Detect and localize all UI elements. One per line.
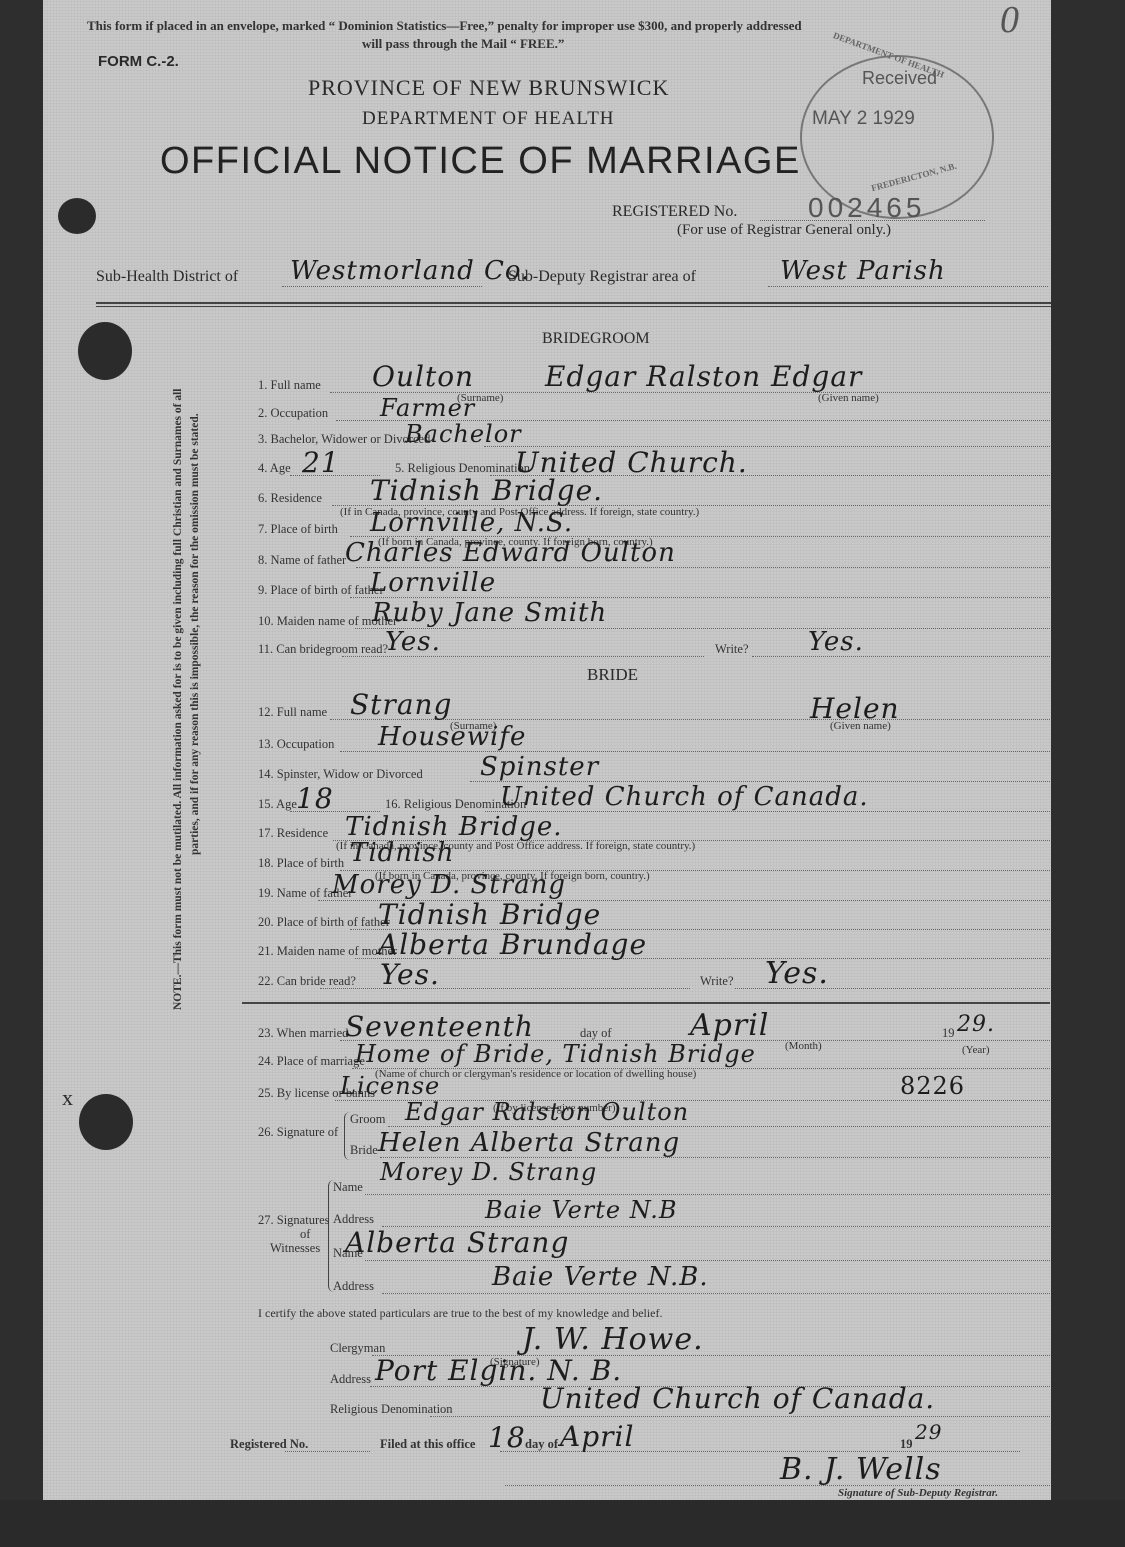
month-caption: (Month) (785, 1040, 822, 1052)
place-of-marriage-label: 24. Place of marriage (258, 1054, 365, 1069)
sub-health-label: Sub-Health District of (96, 268, 238, 286)
sub-health-value: Westmorland Co. (290, 256, 530, 286)
groom-residence: Tidnish Bridge. (370, 474, 603, 507)
bride-signature-label: Bride (350, 1143, 378, 1158)
bride-father: Morey D. Strang (332, 870, 566, 900)
bride-birthplace-label: 18. Place of birth (258, 856, 344, 871)
punch-hole (79, 1094, 133, 1150)
witness-1-address: Baie Verte N.B (485, 1196, 677, 1224)
day-of-label: day of (580, 1026, 612, 1041)
registrar-caption: Signature of Sub-Deputy Registrar. (838, 1487, 998, 1499)
groom-mother: Ruby Jane Smith (372, 598, 607, 628)
side-note-line2: parties, and if for any reason this is i… (187, 389, 204, 1011)
filed-year-prefix: 19 (900, 1437, 913, 1452)
stamp-date: MAY 2 1929 (812, 108, 915, 130)
filed-label: Filed at this office (380, 1437, 475, 1452)
bride-full-name-label: 12. Full name (258, 705, 327, 720)
bride-residence-label: 17. Residence (258, 826, 328, 841)
registrar-signature: B. J. Wells (780, 1452, 942, 1487)
registrar-area-label: Sub-Deputy Registrar area of (508, 268, 696, 286)
groom-read-label: 11. Can bridegroom read? (258, 642, 388, 657)
clergyman-denomination: United Church of Canada. (540, 1382, 935, 1415)
punch-hole (58, 198, 96, 234)
groom-residence-label: 6. Residence (258, 491, 322, 506)
witnesses-label-3: Witnesses (270, 1241, 320, 1256)
groom-father-label: 8. Name of father (258, 553, 346, 568)
groom-father-birthplace: Lornville (370, 568, 496, 598)
province-heading: PROVINCE OF NEW BRUNSWICK (308, 75, 669, 101)
groom-age-label: 4. Age (258, 461, 291, 476)
groom-surname: Oulton (372, 360, 474, 393)
given-name-caption: (Given name) (830, 720, 891, 732)
given-name-caption: (Given name) (818, 392, 879, 404)
page-title: OFFICIAL NOTICE OF MARRIAGE (160, 140, 801, 183)
bridegroom-heading: BRIDEGROOM (542, 330, 650, 348)
punch-hole (78, 322, 132, 380)
department-heading: DEPARTMENT OF HEALTH (362, 108, 615, 130)
clergyman-address-label: Address (330, 1372, 371, 1387)
corner-mark: 0 (1000, 0, 1019, 42)
groom-occupation: Farmer (380, 394, 475, 422)
registered-number: 002465 (808, 192, 925, 224)
witnesses-label-1: 27. Signatures (258, 1213, 330, 1228)
bride-write-label: Write? (700, 974, 734, 989)
license-type: License (340, 1072, 440, 1100)
groom-status: Bachelor (405, 420, 522, 448)
groom-father-birthplace-label: 9. Place of birth of father (258, 583, 384, 598)
groom-signature: Edgar Ralston Oulton (405, 1098, 689, 1126)
bride-father-birthplace: Tidnish Bridge (378, 898, 601, 931)
married-month: April (690, 1008, 769, 1043)
groom-write: Yes. (808, 627, 864, 657)
bride-signature: Helen Alberta Strang (378, 1128, 680, 1158)
witness-2-name: Alberta Strang (345, 1226, 569, 1259)
signature-of-label: 26. Signature of (258, 1125, 338, 1140)
bracket (328, 1180, 335, 1292)
witness-1-name: Morey D. Strang (380, 1158, 597, 1186)
bride-status: Spinster (480, 752, 599, 782)
clergyman-denomination-label: Religious Denomination (330, 1402, 453, 1417)
groom-birthplace-label: 7. Place of birth (258, 522, 338, 537)
bride-occupation-label: 13. Occupation (258, 737, 334, 752)
witness-1-address-label: Address (333, 1212, 374, 1227)
place-of-marriage: Home of Bride, Tidnish Bridge (355, 1040, 756, 1068)
registrar-general-note: (For use of Registrar General only.) (677, 222, 891, 239)
filed-month: April (560, 1420, 634, 1453)
filed-day-of: day of (525, 1437, 558, 1452)
bride-mother: Alberta Brundage (378, 928, 647, 961)
bride-birthplace: Tidnish (350, 838, 454, 868)
bride-religion: United Church of Canada. (500, 782, 869, 812)
margin-mark: x (62, 1085, 73, 1111)
groom-age: 21 (302, 446, 340, 479)
bride-heading: BRIDE (587, 665, 638, 685)
form-number: FORM C.-2. (98, 53, 179, 70)
groom-given-name: Edgar Ralston Edgar (545, 360, 862, 393)
bride-surname: Strang (350, 688, 452, 721)
postal-notice-2: will pass through the Mail “ FREE.” (362, 36, 564, 52)
witness-2-address-label: Address (333, 1279, 374, 1294)
clergyman-signature: J. W. Howe. (522, 1322, 704, 1357)
bride-status-label: 14. Spinster, Widow or Divorced (258, 767, 423, 782)
groom-write-label: Write? (715, 642, 749, 657)
license-number: 8226 (900, 1072, 965, 1100)
side-note: NOTE.—This form must not be mutilated. A… (170, 389, 204, 1011)
groom-signature-label: Groom (350, 1112, 385, 1127)
groom-read: Yes. (385, 627, 441, 657)
stamp-status: Received (862, 68, 937, 89)
bride-read: Yes. (380, 958, 440, 991)
bride-write: Yes. (765, 956, 829, 991)
groom-full-name-label: 1. Full name (258, 378, 321, 393)
bride-age-label: 15. Age (258, 797, 297, 812)
side-note-line1: NOTE.—This form must not be mutilated. A… (170, 389, 187, 1011)
bride-father-birthplace-label: 20. Place of birth of father (258, 915, 390, 930)
married-day: Seventeenth (345, 1010, 534, 1043)
registered-no-label: Registered No. (230, 1437, 308, 1452)
when-married-label: 23. When married (258, 1026, 348, 1041)
scan-border (0, 1500, 1125, 1547)
bride-age: 18 (296, 782, 334, 815)
groom-occupation-label: 2. Occupation (258, 406, 328, 421)
groom-birthplace: Lornville, N.S. (370, 508, 573, 538)
bride-mother-label: 21. Maiden name of mother (258, 944, 397, 959)
year-prefix: 19 (942, 1026, 955, 1041)
witness-1-name-label: Name (333, 1180, 363, 1195)
witnesses-label-2: of (300, 1227, 310, 1242)
groom-father: Charles Edward Oulton (345, 538, 676, 568)
registrar-area-value: West Parish (780, 256, 946, 286)
married-year: 29. (957, 1012, 995, 1037)
bride-read-label: 22. Can bride read? (258, 974, 356, 989)
bride-occupation: Housewife (378, 722, 526, 752)
witness-2-address: Baie Verte N.B. (492, 1262, 709, 1292)
postal-notice: This form if placed in an envelope, mark… (87, 18, 802, 34)
registered-label: REGISTERED No. (612, 203, 737, 221)
filed-year: 29 (915, 1420, 942, 1444)
filed-day: 18 (488, 1421, 526, 1454)
certification-statement: I certify the above stated particulars a… (258, 1306, 663, 1321)
year-caption: (Year) (962, 1044, 990, 1056)
